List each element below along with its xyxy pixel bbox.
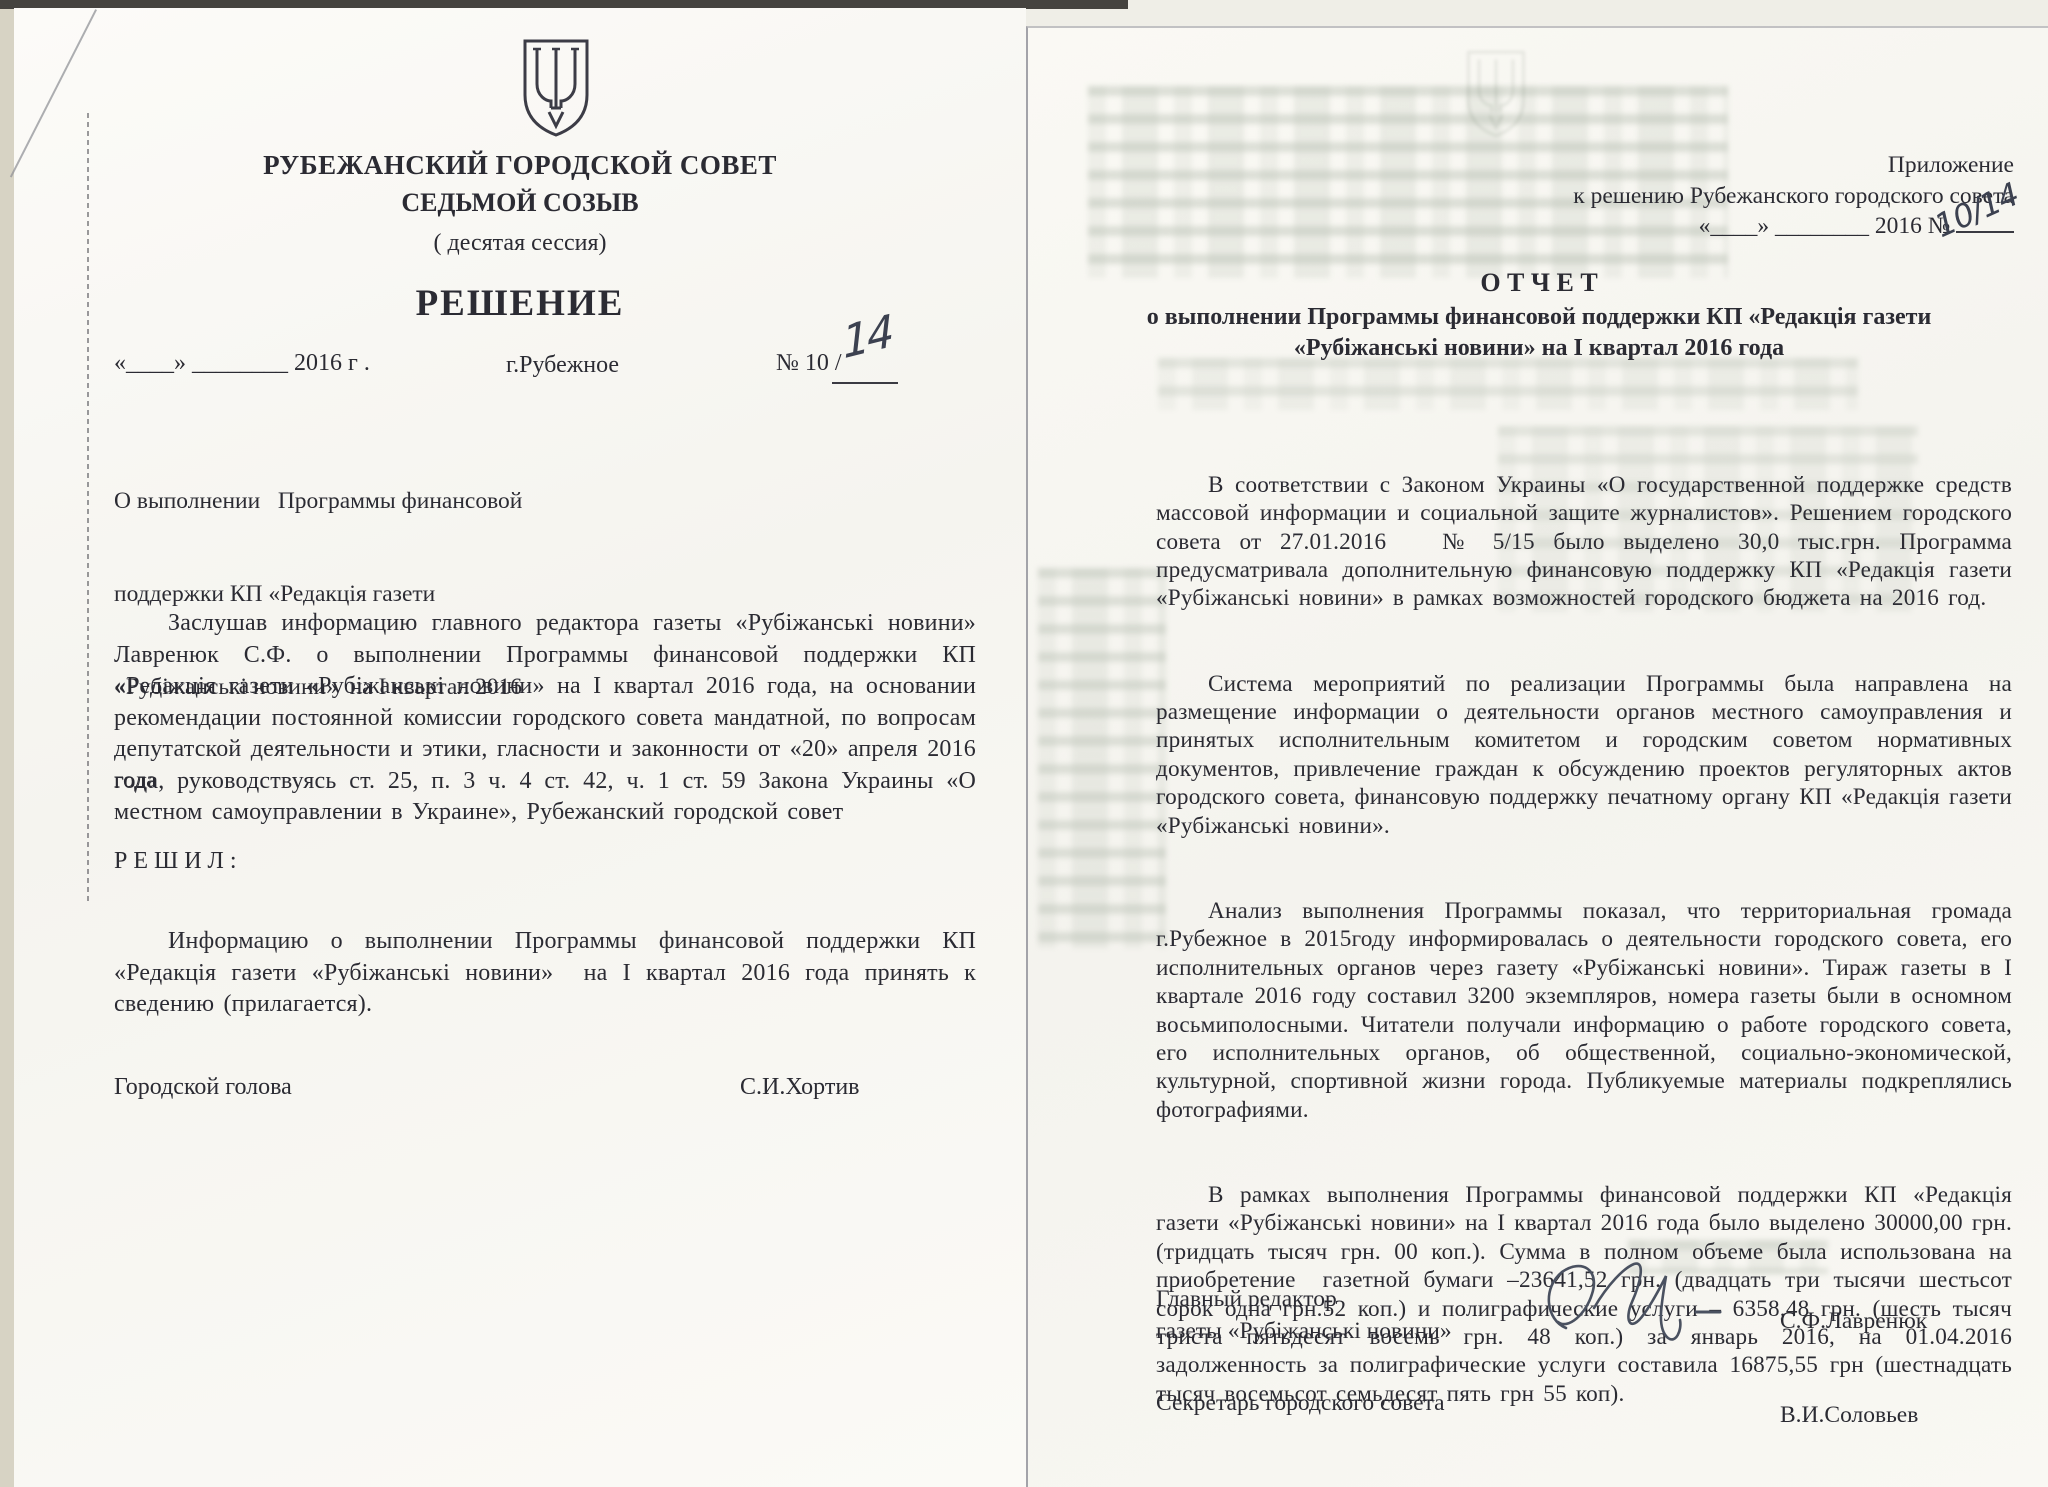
bleed-through-text bbox=[1038, 568, 1166, 948]
secretary-name: В.И.Соловьев bbox=[1780, 1402, 1918, 1429]
convocation: СЕДЬМОЙ СОЗЫВ bbox=[14, 188, 1026, 218]
document-number-prefix: № 10 / bbox=[776, 350, 842, 377]
handwritten-document-number: 14 bbox=[841, 306, 893, 370]
mayor-title: Городской голова bbox=[114, 1074, 292, 1101]
resolved-label: Р Е Ш И Л : bbox=[114, 848, 237, 875]
annex-number-prefix: «____» ________ 2016 № bbox=[1699, 213, 1951, 239]
decision-body-paragraph: Заслушав информацию главного редактора г… bbox=[114, 608, 976, 829]
ukraine-tryzub-shield-icon-showthrough bbox=[1464, 48, 1528, 145]
editor-name: С.Ф.Лавренюк bbox=[1780, 1308, 1927, 1335]
scanned-document: РУБЕЖАНСКИЙ ГОРОДСКОЙ СОВЕТ СЕДЬМОЙ СОЗЫ… bbox=[0, 0, 2048, 1487]
decision-page: РУБЕЖАНСКИЙ ГОРОДСКОЙ СОВЕТ СЕДЬМОЙ СОЗЫ… bbox=[14, 8, 1026, 1487]
ukraine-tryzub-shield-icon bbox=[520, 38, 592, 138]
date-blank-line: «____» ________ 2016 г . bbox=[114, 350, 370, 377]
signature-scribble bbox=[1528, 1250, 1758, 1365]
report-title: О Т Ч Е Т bbox=[1028, 268, 2048, 298]
report-subtitle-line: «Рубіжанські новини» на I квартал 2016 г… bbox=[1028, 335, 2048, 362]
editor-title-line: Главный редактор bbox=[1156, 1286, 1337, 1313]
annex-date-number-line: «____» ________ 2016 № 10/14 bbox=[1573, 211, 2014, 242]
resolution-paragraph: Информацию о выполнении Программы финанс… bbox=[114, 926, 976, 1021]
editor-title-line: газеты «Рубіжанські новини» bbox=[1156, 1318, 1452, 1345]
annex-label: Приложение bbox=[1888, 152, 2014, 178]
secretary-title: Секретарь городского совета bbox=[1156, 1390, 1445, 1417]
subject-line: О выполнении Программы финансовой bbox=[114, 486, 604, 517]
report-subtitle-line: о выполнении Программы финансовой поддер… bbox=[1028, 304, 2048, 331]
bleed-through-text bbox=[1158, 358, 1858, 410]
subject-line: поддержки КП «Редакція газети bbox=[114, 579, 604, 610]
report-paragraph: Система мероприятий по реализации Програ… bbox=[1156, 670, 2012, 840]
report-paragraph: Анализ выполнения Программы показал, что… bbox=[1156, 897, 2012, 1124]
scanner-edge-strip bbox=[0, 0, 14, 1487]
council-name: РУБЕЖАНСКИЙ ГОРОДСКОЙ СОВЕТ bbox=[14, 150, 1026, 181]
mayor-name: С.И.Хортив bbox=[740, 1074, 860, 1101]
report-page: Приложение к решению Рубежанского городс… bbox=[1026, 26, 2048, 1487]
annex-header: Приложение к решению Рубежанского городс… bbox=[1573, 150, 2014, 242]
city-label: г.Рубежное bbox=[506, 352, 619, 379]
report-paragraph: В соответствии с Законом Украины «О госу… bbox=[1156, 471, 2012, 613]
session-label: ( десятая сессия) bbox=[14, 230, 1026, 257]
number-underline bbox=[832, 382, 898, 384]
